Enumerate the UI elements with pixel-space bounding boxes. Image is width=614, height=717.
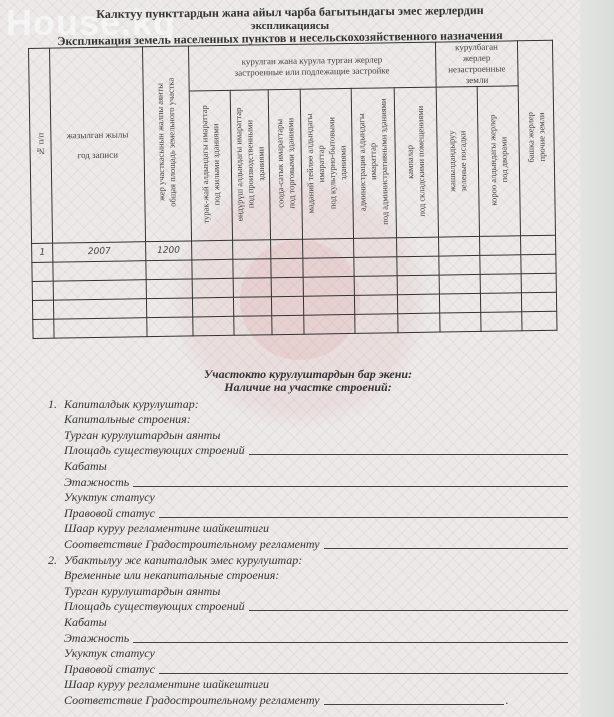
fill-in-line[interactable] xyxy=(249,610,568,611)
cell-num[interactable]: 1 xyxy=(32,243,54,262)
form-line: Кабаты xyxy=(48,458,568,474)
form-label: Шаар куруу регламентине шайкештиги xyxy=(48,677,269,692)
cell-empty[interactable] xyxy=(304,295,355,315)
form-line: Площадь существующих строений xyxy=(48,599,568,615)
cell-empty[interactable] xyxy=(192,297,234,317)
cell-empty[interactable] xyxy=(398,294,440,314)
form-line: Турган курулуштардын аянты xyxy=(48,583,568,599)
form-line: Правовой статус xyxy=(48,505,568,521)
form-line: Соответствие Градостроительному регламен… xyxy=(48,536,568,552)
cell-empty[interactable] xyxy=(521,235,556,255)
cell-empty[interactable] xyxy=(438,236,480,256)
col-header-built-1: өндүрүш алдындагы имараттарпод производс… xyxy=(230,90,270,241)
cell-empty[interactable] xyxy=(304,314,355,334)
form-label: Правовой статус xyxy=(48,506,155,521)
cell-empty[interactable] xyxy=(304,276,355,296)
unbuilt-group-label: незастроенные xyxy=(436,63,518,75)
cell-empty[interactable] xyxy=(439,274,481,294)
form-line: Укуктук статусу xyxy=(48,646,568,662)
form-line: Турган курулуштардын аянты xyxy=(48,427,568,443)
cell-empty[interactable] xyxy=(271,239,304,259)
cell-empty[interactable] xyxy=(398,313,440,333)
form-label: Кабаты xyxy=(48,615,107,630)
form-label: Убактылуу же капиталдык эмес курулуштар: xyxy=(64,553,302,568)
cell-empty[interactable] xyxy=(354,295,398,315)
unbuilt-group-label: земли xyxy=(436,74,518,86)
form-line: Шаар куруу регламентине шайкештиги xyxy=(48,677,568,693)
col-header-area: жер участкасынын жалпы аянтыобщая площад… xyxy=(142,46,191,242)
form-label: Турган курулуштардын аянты xyxy=(48,428,220,443)
cell-empty[interactable] xyxy=(303,257,354,277)
cell-empty[interactable] xyxy=(354,314,398,334)
col-header-built-2: соода-сатык имараттарыпод торговыми здан… xyxy=(268,89,303,239)
cell-num[interactable] xyxy=(32,262,54,281)
cell-empty[interactable] xyxy=(271,258,304,278)
cell-empty[interactable] xyxy=(521,254,556,274)
cell-empty[interactable] xyxy=(353,238,397,258)
cell-empty[interactable] xyxy=(191,240,233,260)
form-label: Правовой статус xyxy=(48,662,155,677)
col-header-built-4: администрация алдындагыимараттарпод адми… xyxy=(351,88,397,239)
form-line: Этажность xyxy=(48,630,568,646)
cell-empty[interactable] xyxy=(233,259,271,279)
cell-area[interactable] xyxy=(147,317,193,337)
cell-area[interactable] xyxy=(146,298,192,318)
form-label: Укуктук статусу xyxy=(48,646,155,661)
cell-empty[interactable] xyxy=(192,259,234,279)
cell-num[interactable] xyxy=(33,319,55,338)
col-header-built-3: маданий тейлөө алдындагыимараттарпод кул… xyxy=(301,88,354,239)
cell-empty[interactable] xyxy=(234,297,272,317)
cell-empty[interactable] xyxy=(521,273,556,293)
cell-num[interactable] xyxy=(32,300,54,319)
form-line: 2.Убактылуу же капиталдык эмес курулушта… xyxy=(48,552,568,568)
cell-empty[interactable] xyxy=(234,316,272,336)
form-line: Капитальные строения: xyxy=(48,412,568,428)
form-label: Капиталдык курулуштар: xyxy=(64,397,199,412)
form-label: Площадь существующих строений xyxy=(48,599,245,614)
cell-num[interactable] xyxy=(32,281,54,300)
cell-empty[interactable] xyxy=(439,293,481,313)
form-line: Правовой статус xyxy=(48,661,568,677)
cell-year[interactable] xyxy=(54,318,147,338)
cell-empty[interactable] xyxy=(481,312,523,332)
cell-empty[interactable] xyxy=(397,237,439,257)
form-label: Шаар куруу регламентине шайкештиги xyxy=(48,521,269,536)
explication-table: № п/п жазылган жылыгод записи жер участк… xyxy=(28,40,558,339)
form-label: Площадь существующих строений xyxy=(48,443,245,458)
cell-empty[interactable] xyxy=(439,312,481,332)
fill-in-line[interactable] xyxy=(133,642,568,643)
fill-in-line[interactable] xyxy=(133,486,568,487)
section-number: 1. xyxy=(48,397,64,412)
section-number: 2. xyxy=(48,553,64,568)
form-line: Укуктук статусу xyxy=(48,490,568,506)
fill-in-line[interactable] xyxy=(159,517,568,518)
fill-in-line[interactable] xyxy=(324,704,504,705)
cell-empty[interactable] xyxy=(522,311,557,331)
col-header-built-5: кампаларпод складскими помещениями xyxy=(394,87,438,238)
cell-empty[interactable] xyxy=(271,296,304,316)
cell-empty[interactable] xyxy=(480,293,522,313)
cell-empty[interactable] xyxy=(480,255,522,275)
form-line: Шаар куруу регламентине шайкештиги xyxy=(48,521,568,537)
form-label: Соответствие Градостроительному регламен… xyxy=(48,693,320,708)
cell-empty[interactable] xyxy=(303,238,354,258)
fill-in-line[interactable] xyxy=(324,548,568,549)
form-line: Кабаты xyxy=(48,614,568,630)
col-header-num: № п/п xyxy=(29,48,53,243)
cell-area[interactable] xyxy=(146,260,192,280)
fill-in-line[interactable] xyxy=(159,673,568,674)
form-line: Временные или некапитальные строения: xyxy=(48,568,568,584)
cell-empty[interactable] xyxy=(192,316,234,336)
form-label: Соответствие Градостроительному регламен… xyxy=(48,537,320,552)
cell-year[interactable] xyxy=(53,280,146,300)
cell-year[interactable]: 2007 xyxy=(53,242,146,262)
form-label: Укуктук статусу xyxy=(48,490,155,505)
form-line: Площадь существующих строений xyxy=(48,443,568,459)
cell-area[interactable]: 1200 xyxy=(145,241,191,261)
cell-area[interactable] xyxy=(146,279,192,299)
cell-empty[interactable] xyxy=(397,256,439,276)
cell-empty[interactable] xyxy=(438,255,480,275)
form-label: Кабаты xyxy=(48,459,107,474)
heading-ru: Наличие на участке строений: xyxy=(48,381,568,394)
col-header-other: башка жерлерпрочие земли xyxy=(518,40,556,236)
cell-year[interactable] xyxy=(53,261,146,281)
cell-empty[interactable] xyxy=(397,275,439,295)
cell-empty[interactable] xyxy=(354,257,398,277)
form-line: Этажность xyxy=(48,474,568,490)
form-label: Этажность xyxy=(48,475,129,490)
form-label: Временные или некапитальные строения: xyxy=(48,568,279,583)
col-header-built-0: турак-жай алдындагы имараттарпод жилыми … xyxy=(189,90,233,241)
form-label: Этажность xyxy=(48,631,129,646)
cell-year[interactable] xyxy=(54,299,147,319)
fill-in-line[interactable] xyxy=(249,454,568,455)
cell-empty[interactable] xyxy=(522,292,557,312)
col-header-year: жазылган жылыгод записи xyxy=(50,47,146,243)
form-line: Соответствие Градостроительному регламен… xyxy=(48,692,568,708)
col-header-unbuilt-1: короо алдындагы жерлерпод дворами xyxy=(477,86,521,237)
cell-empty[interactable] xyxy=(233,278,271,298)
cell-empty[interactable] xyxy=(480,274,522,294)
cell-empty[interactable] xyxy=(272,315,305,335)
cell-empty[interactable] xyxy=(354,276,398,296)
cell-empty[interactable] xyxy=(479,236,521,256)
col-group-unbuilt: курулбаганжерлернезастроенныеземли xyxy=(435,41,518,87)
col-group-built: курулган жана курула турган жерлерзастро… xyxy=(188,42,436,91)
page-edge-background xyxy=(580,0,614,717)
buildings-section: Участокто курулуштардын бар экени: Налич… xyxy=(48,368,568,708)
cell-empty[interactable] xyxy=(271,277,304,297)
cell-empty[interactable] xyxy=(192,278,234,298)
form-label: Капитальные строения: xyxy=(48,412,191,427)
line-terminator: . xyxy=(506,693,509,708)
col-header-unbuilt-0: жашылдандыруузеленые посадки xyxy=(436,86,480,237)
cell-empty[interactable] xyxy=(233,240,271,260)
form-label: Турган курулуштардын аянты xyxy=(48,584,220,599)
form-line: 1.Капиталдык курулуштар: xyxy=(48,396,568,412)
